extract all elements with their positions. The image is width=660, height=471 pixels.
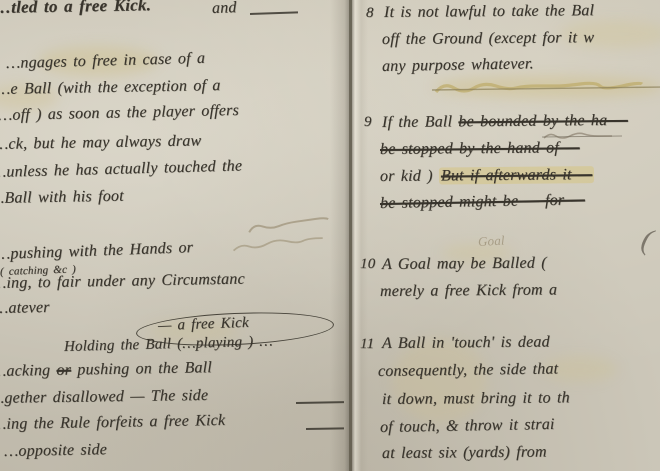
dash-filler	[250, 11, 298, 14]
handwriting-line: …e Ball (with the exception of a	[0, 77, 221, 99]
handwriting-line: merely a free Kick from a	[380, 281, 557, 301]
handwriting-line: any purpose whatever.	[382, 55, 534, 76]
handwriting-line: …Ball with his foot	[0, 188, 124, 208]
handwriting-line: …ing the Rule forfeits a free Kick	[0, 412, 225, 434]
handwriting-line: be stopped might be — for —	[380, 191, 585, 213]
large-paren-mark: (	[638, 223, 656, 258]
handwriting-line: off the Ground (except for it w	[382, 29, 594, 49]
handwriting-line: …gether disallowed — The side	[0, 387, 208, 408]
handwriting-line: at least six (yards) from	[382, 444, 547, 463]
handwriting-line: …ing, to fair under any Circumstanc	[0, 271, 245, 293]
faint-interline-squiggle	[542, 130, 622, 144]
manuscript-photo: …tled to a free Kick. and …ngages to fre…	[0, 0, 660, 471]
handwriting-line: …acking or pushing on the Ball	[0, 359, 212, 381]
handwriting-line: A Ball in 'touch' is dead	[382, 334, 550, 353]
handwriting-line: If the Ball be bounded by the ha —	[382, 112, 628, 132]
struck-text: be bounded by the ha —	[458, 112, 628, 130]
handwriting-line: …ngages to free in case of a	[6, 50, 206, 73]
rule-number: 9	[364, 114, 372, 131]
dash-filler	[296, 401, 344, 403]
pencil-word-goal: Goal	[478, 233, 506, 250]
handwriting-line: of touch, & throw it strai	[380, 416, 555, 437]
handwriting-line: …atever	[0, 299, 50, 318]
handwriting-text: …acking	[0, 362, 57, 380]
handwriting-line: It is not lawful to take the Bal	[384, 2, 594, 22]
pencil-annotation-squiggle	[226, 209, 336, 263]
struck-text: or	[56, 362, 71, 379]
handwriting-text: If the Ball	[382, 113, 459, 131]
rule-number: 11	[360, 336, 374, 353]
handwriting-line: …opposite side	[4, 441, 107, 461]
circled-annotation-text: — a free Kick	[158, 315, 249, 335]
rule-number: 8	[366, 5, 374, 22]
handwriting-line: and	[212, 0, 237, 18]
handwriting-line: …ck, but he may always draw	[0, 132, 202, 154]
handwriting-line: A Goal may be Balled (	[382, 255, 547, 274]
handwriting-text: or kid )	[380, 167, 439, 185]
handwriting-line: …unless he has actually touched the	[0, 157, 242, 182]
dash-filler	[306, 427, 344, 429]
handwriting-line: it down, must bring it to th	[382, 389, 570, 409]
handwriting-line: …tled to a free Kick.	[0, 0, 151, 18]
struck-text: be stopped might be — for —	[380, 191, 585, 212]
right-page: 8 It is not lawful to take the Bal off t…	[346, 0, 660, 471]
handwriting-line: Holding the Ball (…playing ) …	[64, 334, 273, 356]
handwriting-line: or kid ) But if afterwards it —	[380, 166, 594, 186]
left-page: …tled to a free Kick. and …ngages to fre…	[0, 0, 346, 471]
handwriting-line: consequently, the side that	[378, 360, 558, 381]
handwriting-line: …pushing with the Hands or	[0, 239, 193, 264]
rule-number: 10	[360, 256, 375, 273]
struck-highlighted-text: But if afterwards it —	[439, 166, 595, 184]
ochre-strike-annotation	[432, 78, 660, 102]
handwriting-text: pushing on the Ball	[71, 359, 212, 378]
handwriting-line: …off ) as soon as the player offers	[0, 102, 239, 125]
